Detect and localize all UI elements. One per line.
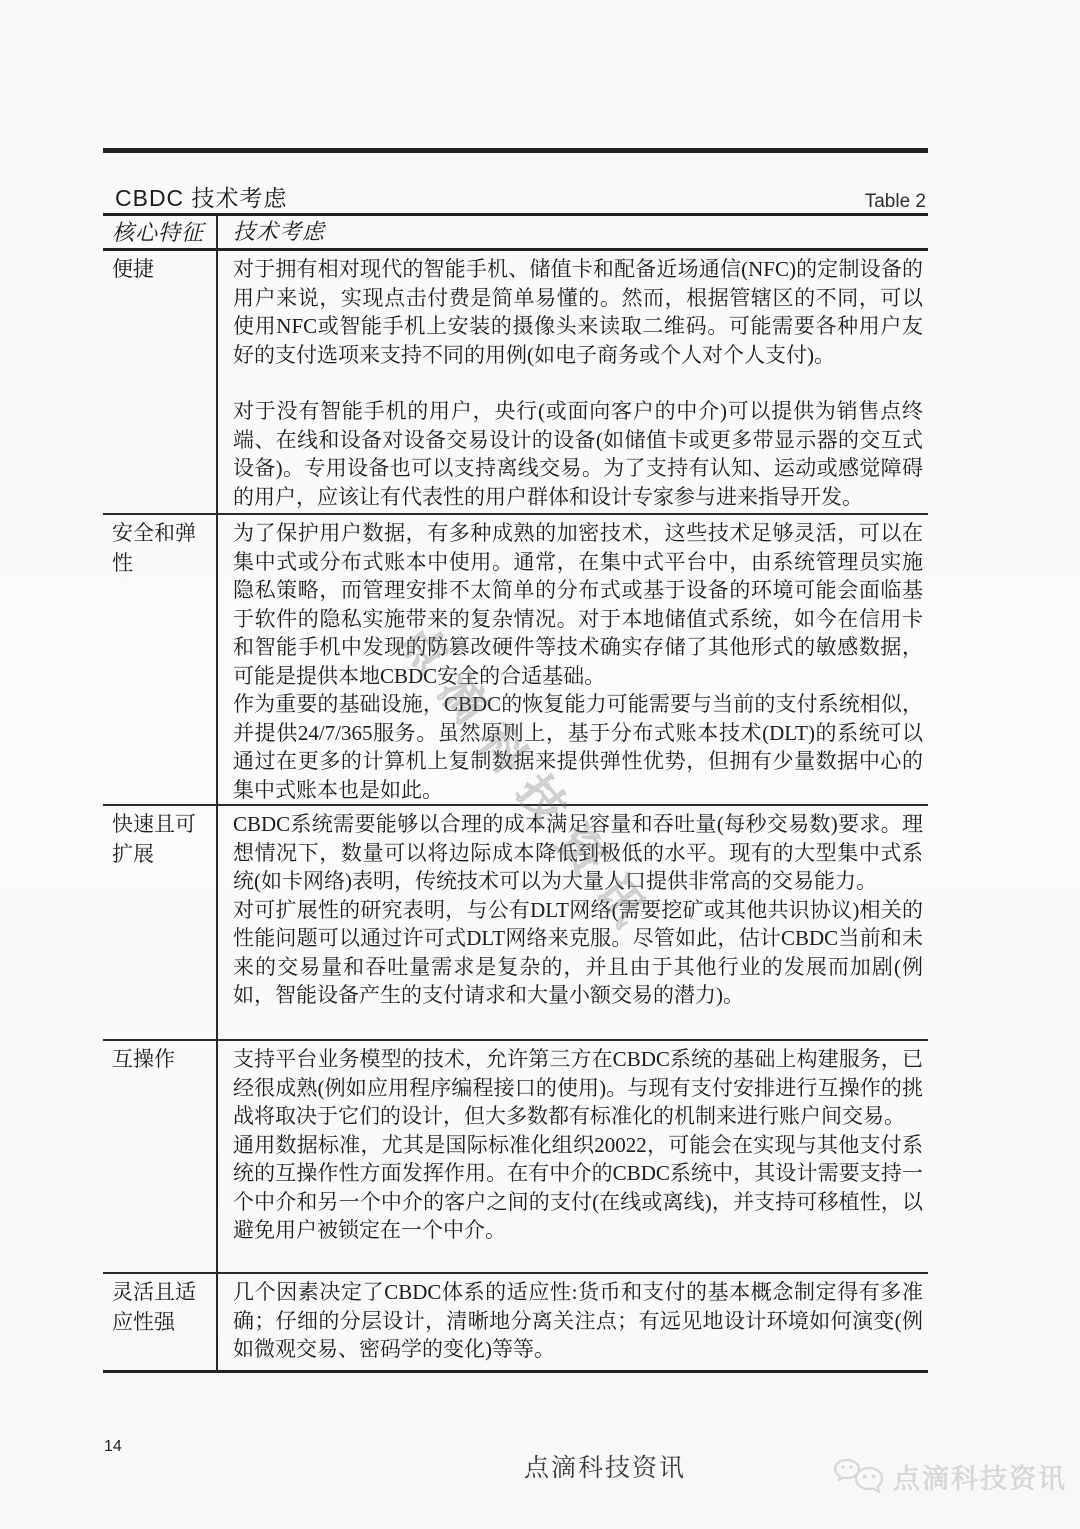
row-consideration-cell: 支持平台业务模型的技术，允许第三方在CBDC系统的基础上构建服务，已经很成熟(例… — [218, 1041, 928, 1272]
footer-source-text: 点滴科技资讯 — [524, 1448, 686, 1484]
table-caption-row: CBDC 技术考虑 Table 2 — [103, 180, 928, 213]
row-feature-label: 便捷 — [103, 251, 218, 513]
table-row: 安全和弹性 为了保护用户数据，有多种成熟的加密技术，这些技术足够灵活，可以在集中… — [103, 515, 928, 806]
paragraph: 作为重要的基础设施，CBDC的恢复能力可能需要与当前的支付系统相似，并提供24/… — [233, 690, 923, 804]
paragraph: 对于没有智能手机的用户，央行(或面向客户的中介)可以提供为销售点终端、在线和设备… — [233, 397, 923, 511]
row-consideration-cell: 几个因素决定了CBDC体系的适应性:货币和支付的基本概念制定得有多准确；仔细的分… — [218, 1274, 928, 1370]
row-feature-label: 灵活且适应性强 — [103, 1274, 218, 1370]
table-row: 灵活且适应性强 几个因素决定了CBDC体系的适应性:货币和支付的基本概念制定得有… — [103, 1274, 928, 1370]
cbdc-considerations-table: 核心特征 技术考虑 便捷 对于拥有相对现代的智能手机、储值卡和配备近场通信(NF… — [103, 213, 928, 1373]
row-feature-label: 互操作 — [103, 1041, 218, 1272]
paragraph: 对于拥有相对现代的智能手机、储值卡和配备近场通信(NFC)的定制设备的用户来说，… — [233, 255, 923, 369]
table-row: 便捷 对于拥有相对现代的智能手机、储值卡和配备近场通信(NFC)的定制设备的用户… — [103, 251, 928, 515]
page-top-rule — [103, 148, 928, 153]
table-row: 快速且可扩展 CBDC系统需要能够以合理的成本满足容量和吞吐量(每秒交易数)要求… — [103, 806, 928, 1041]
brand-watermark-text: 点滴科技资讯 — [893, 1457, 1067, 1496]
paragraph: 支持平台业务模型的技术，允许第三方在CBDC系统的基础上构建服务，已经很成熟(例… — [233, 1045, 923, 1131]
row-consideration-cell: CBDC系统需要能够以合理的成本满足容量和吞吐量(每秒交易数)要求。理想情况下，… — [218, 806, 928, 1039]
paragraph: 通用数据标准，尤其是国际标准化组织20022，可能会在实现与其他支付系统的互操作… — [233, 1131, 923, 1245]
row-feature-label: 安全和弹性 — [103, 515, 218, 804]
header-cell-tech-consideration: 技术考虑 — [218, 216, 928, 248]
table-row: 互操作 支持平台业务模型的技术，允许第三方在CBDC系统的基础上构建服务，已经很… — [103, 1041, 928, 1274]
paragraph: 几个因素决定了CBDC体系的适应性:货币和支付的基本概念制定得有多准确；仔细的分… — [233, 1278, 923, 1364]
table-number-label: Table 2 — [865, 191, 928, 213]
paragraph: 为了保护用户数据，有多种成熟的加密技术，这些技术足够灵活，可以在集中式或分布式账… — [233, 519, 923, 690]
document-page: CBDC 技术考虑 Table 2 核心特征 技术考虑 便捷 对于拥有相对现代的… — [0, 0, 1080, 1529]
table-header-row: 核心特征 技术考虑 — [103, 216, 928, 251]
row-consideration-cell: 对于拥有相对现代的智能手机、储值卡和配备近场通信(NFC)的定制设备的用户来说，… — [218, 251, 928, 513]
chat-bubbles-icon — [833, 1456, 887, 1496]
table-title: CBDC 技术考虑 — [103, 180, 288, 213]
paragraph: 对可扩展性的研究表明，与公有DLT网络(需要挖矿或其他共识协议)相关的性能问题可… — [233, 896, 923, 1010]
brand-watermark: 点滴科技资讯 — [833, 1456, 1067, 1496]
row-consideration-cell: 为了保护用户数据，有多种成熟的加密技术，这些技术足够灵活，可以在集中式或分布式账… — [218, 515, 928, 804]
page-number: 14 — [104, 1438, 122, 1456]
paragraph: CBDC系统需要能够以合理的成本满足容量和吞吐量(每秒交易数)要求。理想情况下，… — [233, 810, 923, 896]
header-cell-core-feature: 核心特征 — [103, 216, 218, 248]
row-feature-label: 快速且可扩展 — [103, 806, 218, 1039]
